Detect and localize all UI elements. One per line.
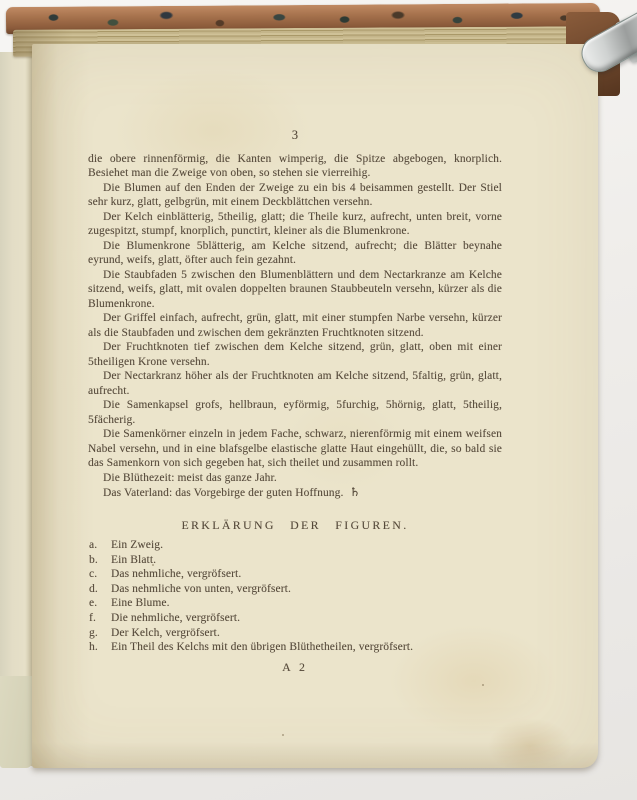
body-paragraph: Der Kelch einblätterig, 5theilig, glatt;… — [88, 210, 502, 239]
figure-caption: Das nehmliche, vergröfsert. — [111, 567, 502, 582]
figure-letter: f. — [88, 611, 111, 626]
figure-caption: Ein Theil des Kelchs mit den übrigen Blü… — [111, 640, 502, 655]
paper-speck — [282, 734, 284, 736]
figure-letter: a. — [88, 538, 111, 553]
body-paragraph: Das Vaterland: das Vorgebirge der guten … — [88, 485, 502, 501]
signature-mark: A 2 — [88, 660, 502, 675]
figure-caption: Die nehmliche, vergröfsert. — [111, 611, 502, 626]
body-paragraph: Die Staubfaden 5 zwischen den Blumenblät… — [88, 268, 502, 312]
body-paragraph: die obere rinnenförmig, die Kanten wimpe… — [88, 152, 502, 181]
figure-caption: Der Kelch, vergröfsert. — [111, 626, 502, 641]
figure-list-item: f. Die nehmliche, vergröfsert. — [88, 611, 502, 626]
figure-caption: Ein Zweig. — [111, 538, 502, 553]
book-photo: 3 die obere rinnenförmig, die Kanten wim… — [0, 0, 637, 800]
left-page-edges — [0, 52, 36, 766]
figure-list-item: g. Der Kelch, vergröfsert. — [88, 626, 502, 641]
printed-text-block: 3 die obere rinnenförmig, die Kanten wim… — [88, 128, 502, 674]
figure-letter: c. — [88, 567, 111, 582]
figure-list-item: c. Das nehmliche, vergröfsert. — [88, 567, 502, 582]
body-paragraph: Die Samenkapsel grofs, hellbraun, eyförm… — [88, 398, 502, 427]
figure-list-item: a. Ein Zweig. — [88, 538, 502, 553]
body-paragraph: Der Fruchtknoten tief zwischen dem Kelch… — [88, 340, 502, 369]
book-page: 3 die obere rinnenförmig, die Kanten wim… — [32, 44, 598, 768]
figure-list-item: e. Eine Blume. — [88, 596, 502, 611]
figures-list: a. Ein Zweig. b. Ein Blatt. c. Das nehml… — [88, 538, 502, 655]
figure-letter: g. — [88, 626, 111, 641]
figure-caption: Eine Blume. — [111, 596, 502, 611]
figure-letter: e. — [88, 596, 111, 611]
figure-letter: h. — [88, 640, 111, 655]
figure-list-item: h. Ein Theil des Kelchs mit den übrigen … — [88, 640, 502, 655]
vaterland-text: Das Vaterland: das Vorgebirge der guten … — [103, 487, 344, 499]
figure-letter: d. — [88, 582, 111, 597]
paper-speck — [482, 684, 484, 686]
body-paragraph: Die Samenkörner einzeln in jedem Fache, … — [88, 427, 502, 471]
figure-caption: Das nehmliche von unten, vergröfsert. — [111, 582, 502, 597]
page-number: 3 — [88, 128, 502, 143]
figure-letter: b. — [88, 553, 111, 568]
body-paragraph: Der Nectarkranz höher als der Fruchtknot… — [88, 369, 502, 398]
body-paragraph: Die Blumen auf den Enden der Zweige zu e… — [88, 181, 502, 210]
saturn-shrub-symbol: ♄ — [350, 485, 361, 499]
underlying-page-corner — [0, 676, 32, 768]
figure-list-item: b. Ein Blatt. — [88, 553, 502, 568]
body-paragraph: Die Blumenkrone 5blätterig, am Kelche si… — [88, 239, 502, 268]
figures-heading: ERKLÄRUNG DER FIGUREN. — [88, 518, 502, 533]
body-paragraph: Der Griffel einfach, aufrecht, grün, gla… — [88, 311, 502, 340]
figure-list-item: d. Das nehmliche von unten, vergröfsert. — [88, 582, 502, 597]
figure-caption: Ein Blatt. — [111, 553, 502, 568]
body-paragraph: Die Blüthezeit: meist das ganze Jahr. — [88, 471, 502, 486]
